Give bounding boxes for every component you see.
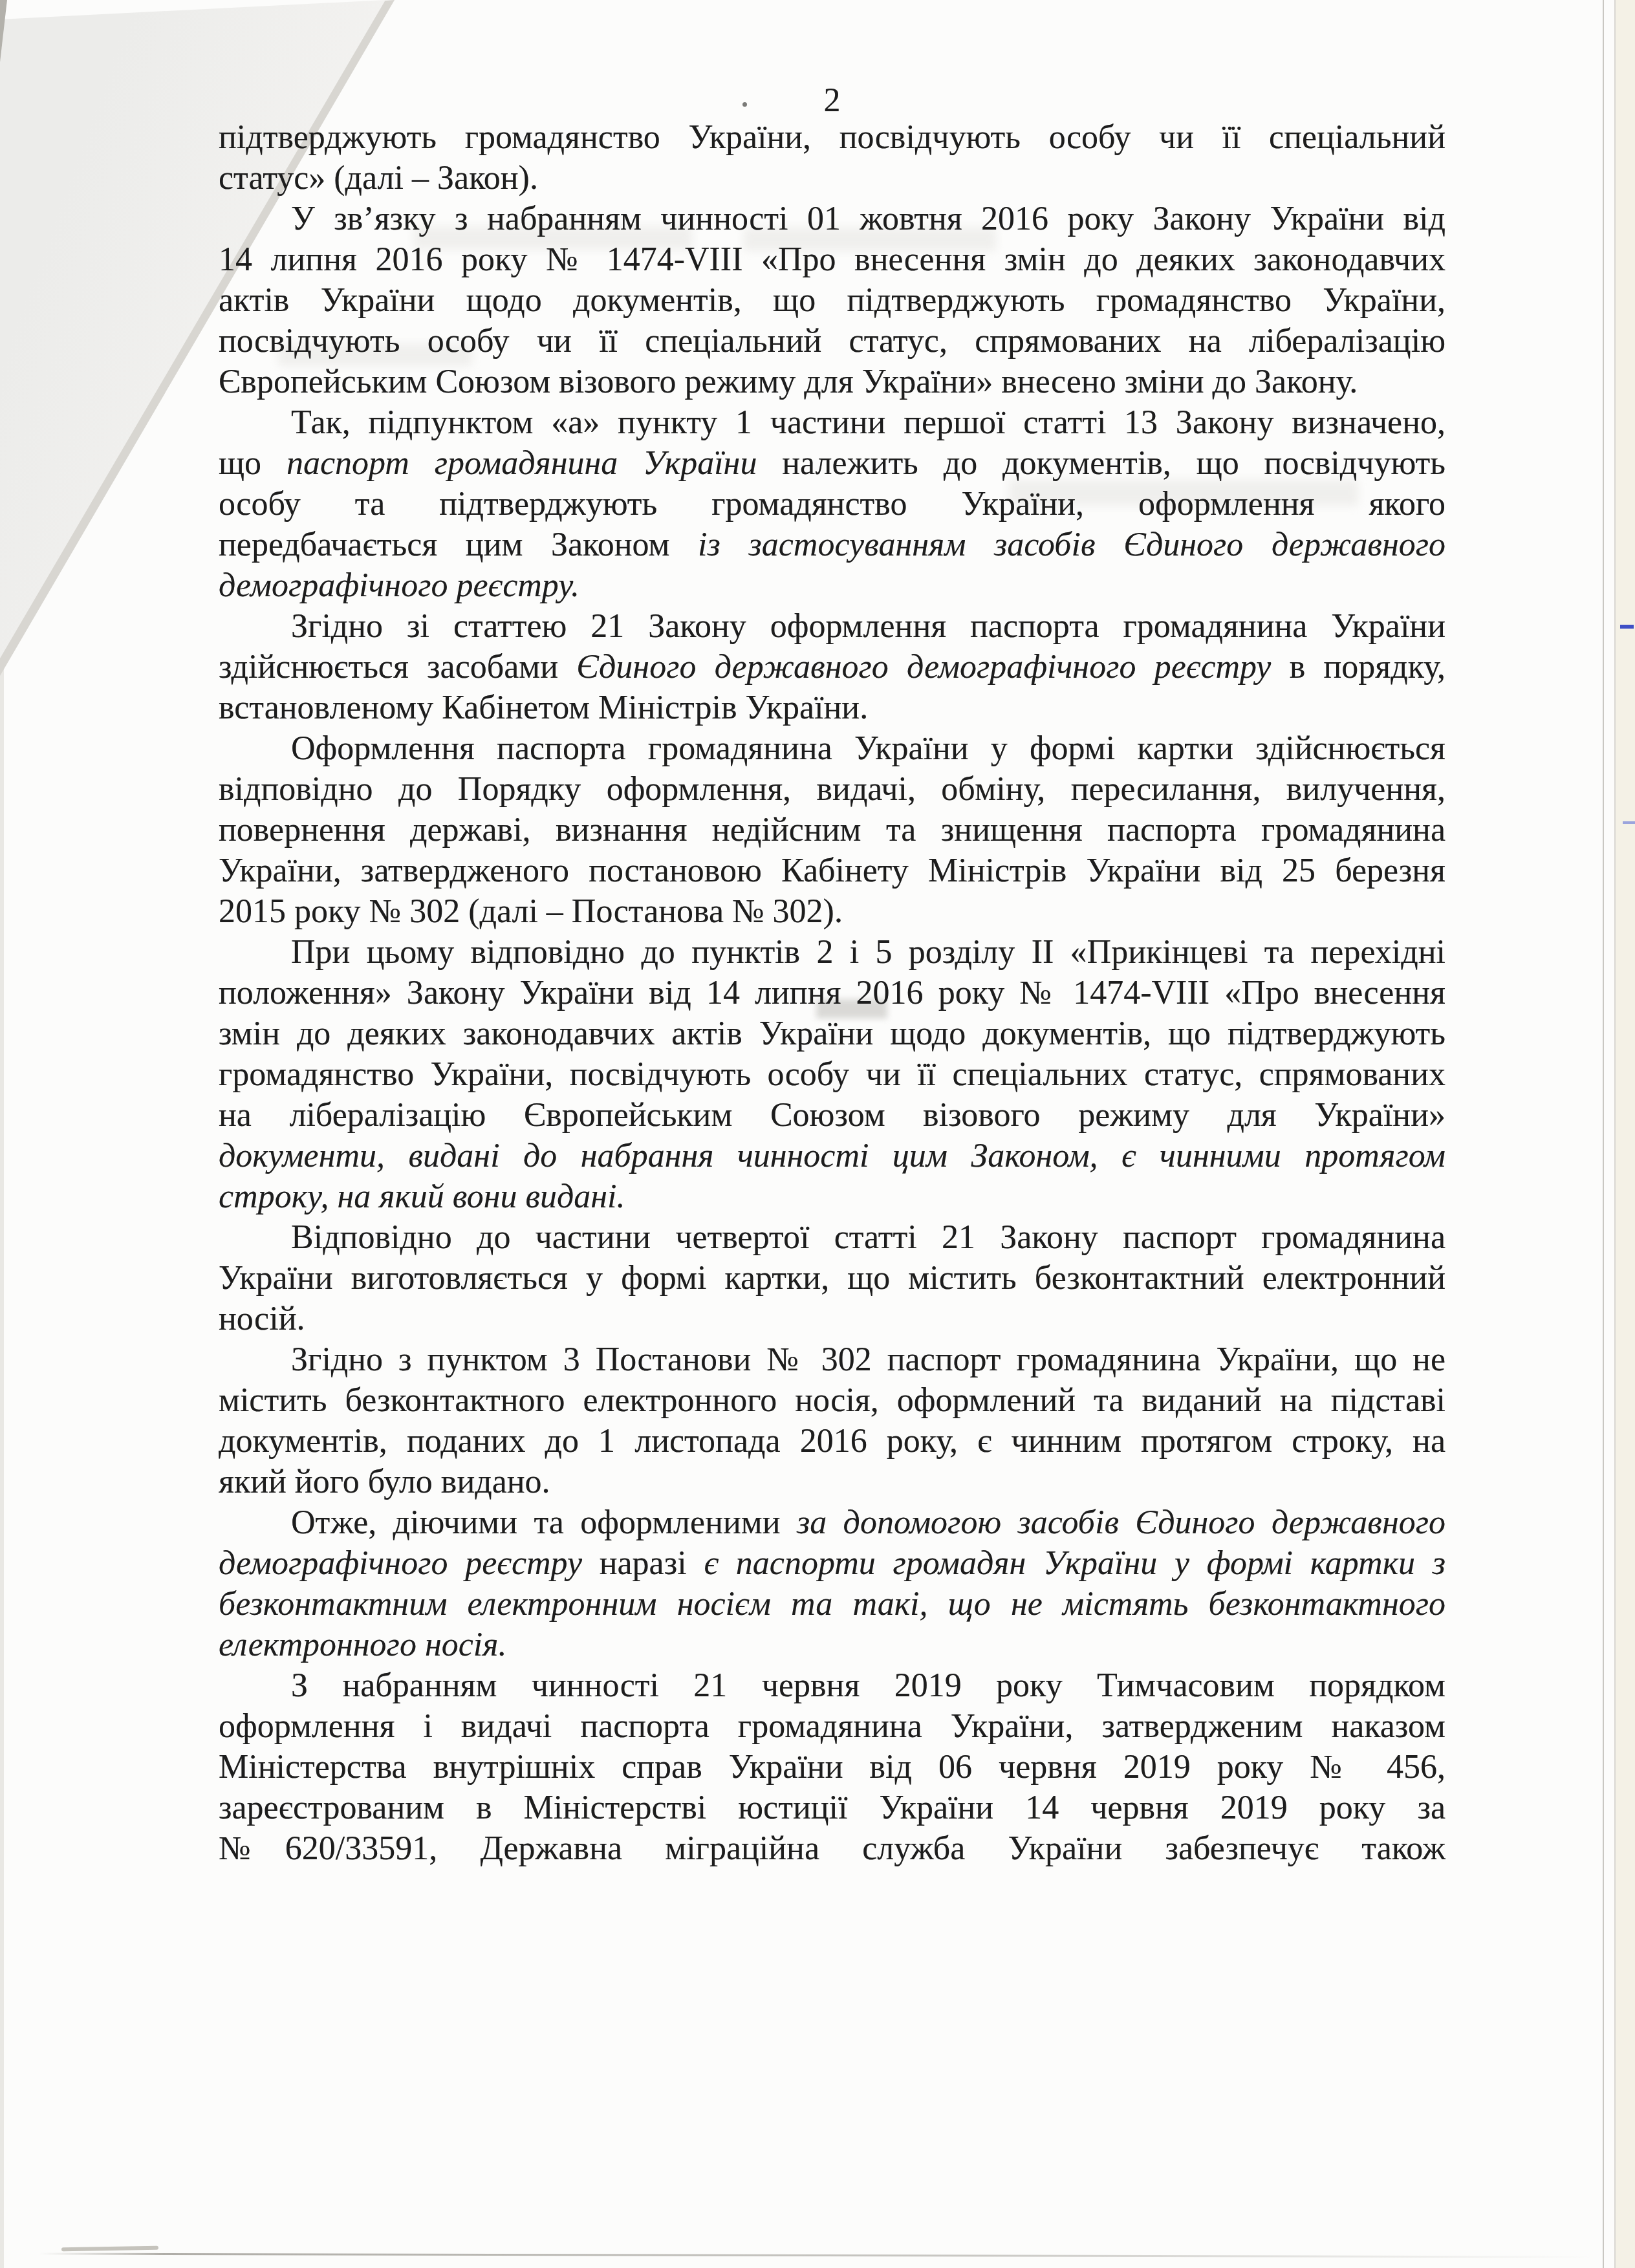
- text-segment: посвідчують особу чи її спеціальний стат…: [219, 323, 1446, 360]
- text-line: Згідно зі статтею 21 Закону оформлення п…: [219, 606, 1446, 647]
- text-line: демографічного реєстру.: [219, 565, 1446, 606]
- text-segment: Згідно з пунктом 3 Постанови № 302 паспо…: [291, 1341, 1446, 1378]
- italic-text-segment: із застосуванням засобів Єдиного державн…: [698, 526, 1446, 563]
- text-line: зареєстрованим в Міністерстві юстиції Ук…: [219, 1787, 1446, 1828]
- text-segment: що: [219, 445, 287, 482]
- text-segment: 14 липня 2016 року № 1474-VIII «Про внес…: [219, 241, 1446, 278]
- text-line: строку, на який вони видані.: [219, 1176, 1446, 1217]
- text-segment: оформлення і видачі паспорта громадянина…: [219, 1708, 1446, 1745]
- page-number: 2: [219, 80, 1446, 121]
- text-segment: встановленому Кабінетом Міністрів Україн…: [219, 689, 868, 726]
- text-line: електронного носія.: [219, 1625, 1446, 1665]
- text-segment: України виготовляється у формі картки, щ…: [219, 1260, 1446, 1297]
- text-segment: статус» (далі – Закон).: [219, 160, 538, 197]
- italic-text-segment: паспорт громадянина України: [287, 445, 757, 482]
- blue-ink-mark: [1620, 625, 1634, 629]
- italic-text-segment: безконтактним електронним носієм та такі…: [219, 1586, 1446, 1623]
- text-line: №620/33591, Державна міграційна служба У…: [219, 1828, 1446, 1869]
- scan-smudge: [61, 2246, 158, 2252]
- text-line: Міністерства внутрішніх справ України ві…: [219, 1747, 1446, 1787]
- text-segment: Згідно зі статтею 21 Закону оформлення п…: [291, 608, 1446, 645]
- text-segment: який його було видано.: [219, 1463, 550, 1500]
- text-line: носій.: [219, 1299, 1446, 1339]
- text-line: 14 липня 2016 року № 1474-VIII «Про внес…: [219, 239, 1446, 280]
- text-segment: повернення державі, визнання недійсним т…: [219, 812, 1446, 848]
- scanned-document-page: 2 підтверджують громадянство України, по…: [0, 0, 1635, 2268]
- text-line: встановленому Кабінетом Міністрів Україн…: [219, 687, 1446, 728]
- text-line: України, затвердженого постановою Кабіне…: [219, 850, 1446, 891]
- text-segment: носій.: [219, 1301, 305, 1337]
- italic-text-segment: за допомогою засобів Єдиного державного: [797, 1504, 1446, 1541]
- text-segment: України, затвердженого постановою Кабіне…: [219, 852, 1446, 889]
- text-line: Відповідно до частини четвертої статті 2…: [219, 1217, 1446, 1258]
- text-segment: особу та підтверджують громадянство Укра…: [219, 486, 1446, 523]
- text-line: документів, поданих до 1 листопада 2016 …: [219, 1421, 1446, 1462]
- text-segment: У зв’язку з набранням чинності 01 жовтня…: [291, 200, 1446, 237]
- text-line: 2015 року № 302 (далі – Постанова № 302)…: [219, 891, 1446, 932]
- text-line: Отже, діючими та оформленими за допомого…: [219, 1502, 1446, 1543]
- text-line: підтверджують громадянство України, посв…: [219, 117, 1446, 158]
- text-segment: відповідно до Порядку оформлення, видачі…: [219, 771, 1446, 808]
- text-line: особу та підтверджують громадянство Укра…: [219, 484, 1446, 524]
- text-line: здійснюється засобами Єдиного державного…: [219, 647, 1446, 687]
- text-line: статус» (далі – Закон).: [219, 158, 1446, 199]
- text-segment: При цьому відповідно до пунктів 2 і 5 ро…: [291, 934, 1446, 971]
- text-segment: Міністерства внутрішніх справ України ві…: [219, 1749, 1446, 1786]
- text-line: безконтактним електронним носієм та такі…: [219, 1584, 1446, 1625]
- text-line: оформлення і видачі паспорта громадянина…: [219, 1706, 1446, 1747]
- italic-text-segment: є паспорти громадян України у формі карт…: [704, 1545, 1446, 1582]
- text-segment: Оформлення паспорта громадянина України …: [291, 730, 1446, 767]
- text-line: положення» Закону України від 14 липня 2…: [219, 973, 1446, 1013]
- text-segment: актів України щодо документів, що підтве…: [219, 282, 1446, 319]
- paper-edge-line: [1614, 0, 1616, 2268]
- text-segment: в порядку,: [1271, 649, 1446, 686]
- text-segment: громадянство України, посвідчують особу …: [219, 1056, 1446, 1093]
- text-segment: здійснюється засобами: [219, 649, 576, 686]
- text-segment: Відповідно до частини четвертої статті 2…: [291, 1219, 1446, 1256]
- text-segment: належить до документів, що посвідчують: [757, 445, 1446, 482]
- text-line: відповідно до Порядку оформлення, видачі…: [219, 769, 1446, 810]
- italic-text-segment: строку, на який вони видані.: [219, 1178, 625, 1215]
- italic-text-segment: демографічного реєстру.: [219, 567, 579, 604]
- text-segment: З набранням чинності 21 червня 2019 року…: [291, 1667, 1446, 1704]
- blue-ink-mark: [1623, 821, 1635, 824]
- text-line: що паспорт громадянина України належить …: [219, 443, 1446, 484]
- text-segment: Отже, діючими та оформленими: [291, 1504, 797, 1541]
- text-line: Європейським Союзом візового режиму для …: [219, 362, 1446, 402]
- text-segment: документів, поданих до 1 листопада 2016 …: [219, 1423, 1446, 1460]
- text-line: містить безконтактного електронного носі…: [219, 1380, 1446, 1421]
- text-line: Так, підпунктом «а» пункту 1 частини пер…: [219, 402, 1446, 443]
- underlying-page-edge: [1616, 0, 1635, 2268]
- text-segment: положення» Закону України від 14 липня 2…: [219, 975, 1446, 1011]
- text-line: актів України щодо документів, що підтве…: [219, 280, 1446, 321]
- text-line: передбачається цим Законом із застосуван…: [219, 524, 1446, 565]
- text-line: З набранням чинності 21 червня 2019 року…: [219, 1665, 1446, 1706]
- text-segment: 2015 року № 302 (далі – Постанова № 302)…: [219, 893, 843, 930]
- text-segment: на лібералізацію Європейським Союзом віз…: [219, 1097, 1446, 1134]
- text-segment: наразі: [582, 1545, 704, 1582]
- text-segment: Європейським Союзом візового режиму для …: [219, 363, 1358, 400]
- text-line: який його було видано.: [219, 1462, 1446, 1502]
- text-line: документи, видані до набрання чинності ц…: [219, 1136, 1446, 1176]
- text-line: У зв’язку з набранням чинності 01 жовтня…: [219, 199, 1446, 239]
- text-line: демографічного реєстру наразі є паспорти…: [219, 1543, 1446, 1584]
- italic-text-segment: демографічного реєстру: [219, 1545, 582, 1582]
- text-segment: передбачається цим Законом: [219, 526, 698, 563]
- text-line: змін до деяких законодавчих актів Україн…: [219, 1013, 1446, 1054]
- text-segment: містить безконтактного електронного носі…: [219, 1382, 1446, 1419]
- text-line: посвідчують особу чи її спеціальний стат…: [219, 321, 1446, 362]
- italic-text-segment: Єдиного державного демографічного реєстр…: [576, 649, 1271, 686]
- text-line: України виготовляється у формі картки, щ…: [219, 1258, 1446, 1299]
- text-line: на лібералізацію Європейським Союзом віз…: [219, 1095, 1446, 1136]
- text-segment: зареєстрованим в Міністерстві юстиції Ук…: [219, 1789, 1446, 1826]
- text-line: Оформлення паспорта громадянина України …: [219, 728, 1446, 769]
- italic-text-segment: документи, видані до набрання чинності ц…: [219, 1138, 1446, 1174]
- text-line: При цьому відповідно до пунктів 2 і 5 ро…: [219, 932, 1446, 973]
- text-segment: підтверджують громадянство України, посв…: [219, 119, 1446, 156]
- text-line: повернення державі, визнання недійсним т…: [219, 810, 1446, 850]
- text-segment: змін до деяких законодавчих актів Україн…: [219, 1015, 1446, 1052]
- text-segment: Так, підпунктом «а» пункту 1 частини пер…: [291, 404, 1446, 441]
- document-body: підтверджують громадянство України, посв…: [219, 117, 1446, 1869]
- text-line: громадянство України, посвідчують особу …: [219, 1054, 1446, 1095]
- text-segment: №620/33591, Державна міграційна служба У…: [219, 1830, 1446, 1867]
- text-line: Згідно з пунктом 3 Постанови № 302 паспо…: [219, 1339, 1446, 1380]
- italic-text-segment: електронного носія.: [219, 1626, 506, 1663]
- paper-edge-line: [1603, 0, 1604, 2268]
- bottom-paper-edge-shadow: [39, 2252, 1594, 2258]
